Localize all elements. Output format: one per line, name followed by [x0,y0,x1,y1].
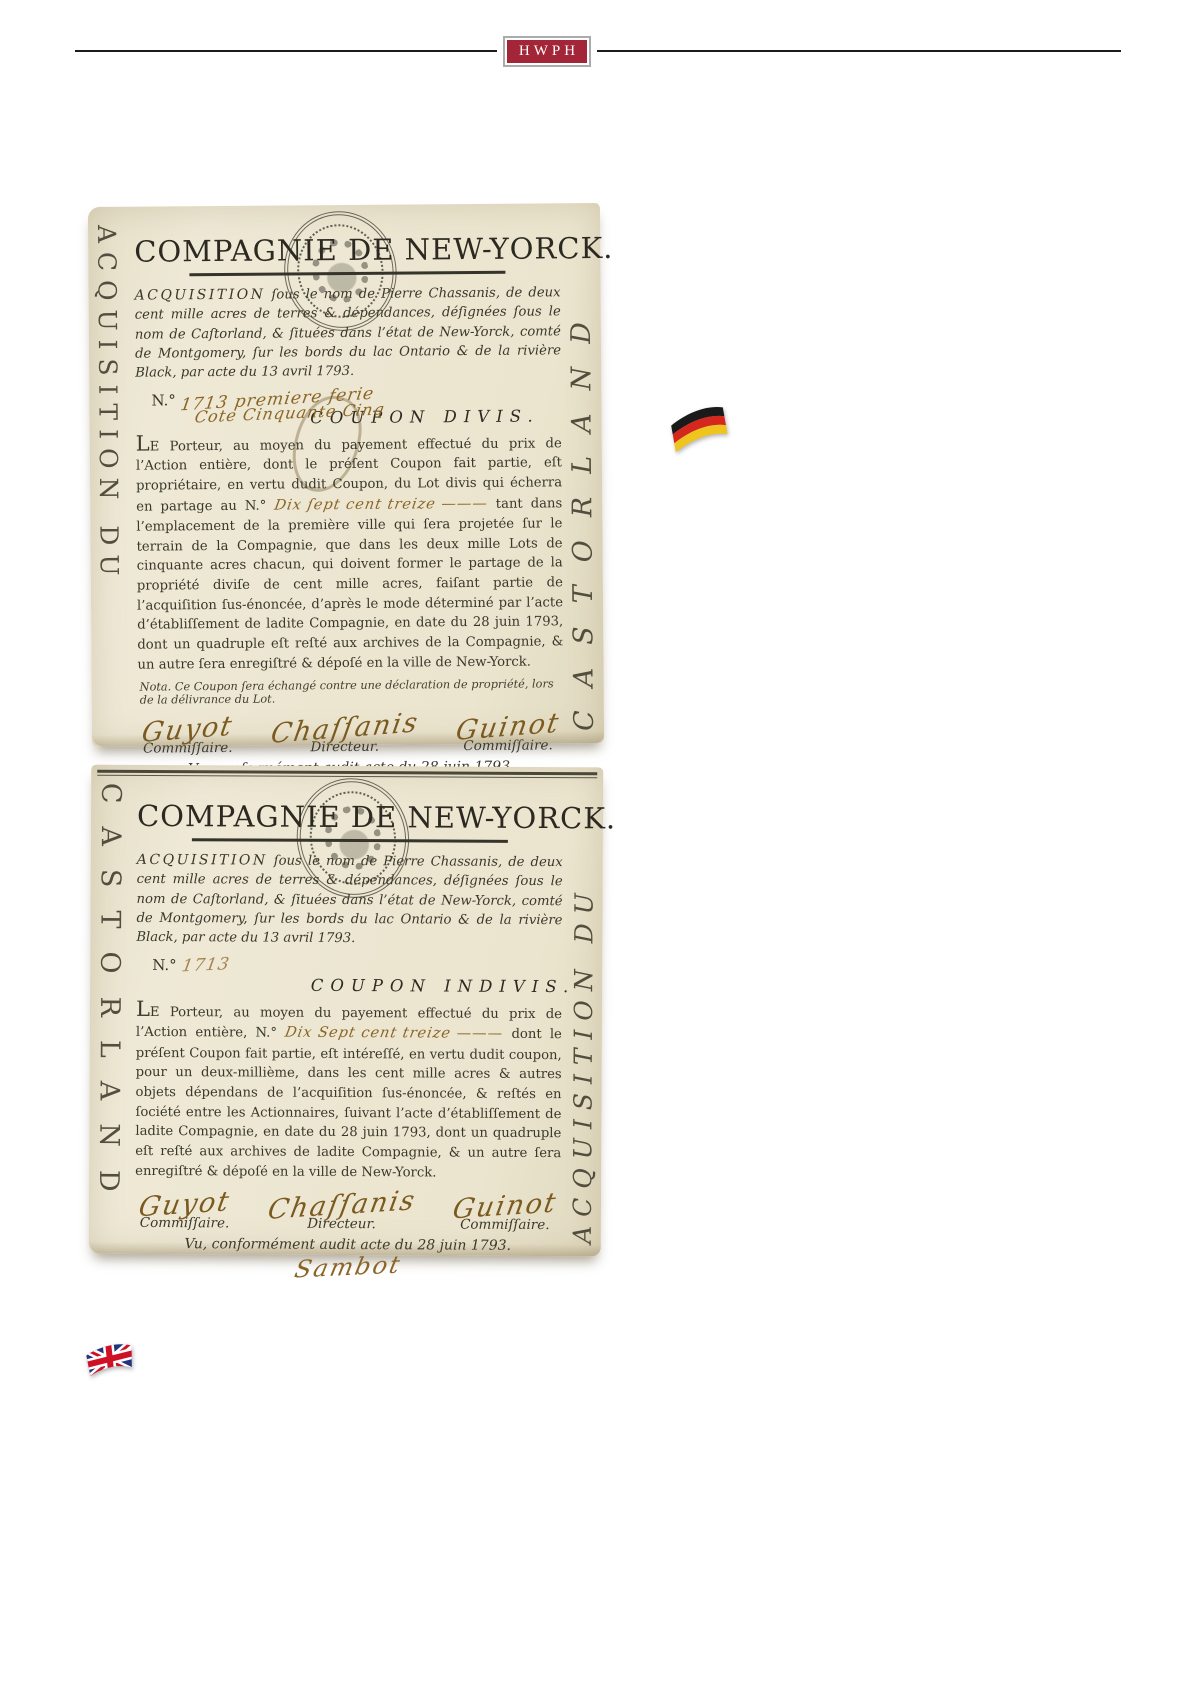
coupon-text: LE Porteur, au moyen du payement effectu… [136,430,564,675]
side-text-acquisition-du: ACQUISITION DU [568,885,599,1245]
signature-right: Guinot Commiſſaire. [456,712,560,755]
acquisition-lead: ACQUISITION [135,287,266,304]
handwritten-lot-number: Dix Sept cent treize ——— [283,1023,505,1046]
certificate-body: COMPAGNIE DE NEW-YORCK. ACQUISITION ſous… [135,775,564,1256]
handwritten-number: 1713 [181,954,232,976]
certificate-title: COMPAGNIE DE NEW-YORCK. [134,231,560,268]
signature-left: Guyot Commiſſaire. [142,714,234,757]
title-rule [190,271,505,276]
signature-sambot: Sambot [135,1252,561,1282]
number-line: N.°1713 [152,954,562,974]
signature-right: Guinot Commiſſaire. [453,1191,557,1234]
header-rule [75,50,1121,52]
coupon-text-after: tant dans l’emplacement de la première v… [136,496,563,673]
coupon-text-after: dont le préſent Coupon fait partie, eſt … [135,1027,562,1180]
signature-guinot: Guinot [453,708,562,748]
signature-left: Guyot Commiſſaire. [139,1189,231,1231]
acquisition-paragraph: ACQUISITION ſous le nom de Pierre Chassa… [136,850,563,950]
drop-cap: L [136,431,150,455]
title-rule [192,838,507,843]
signature-chassanis: Chaſſanis [268,708,421,751]
handwritten-lot-number: Dix ſept cent treize ——— [272,493,489,516]
side-text-castorland: CASTORLAND [93,783,126,1215]
german-flag-icon [666,404,730,456]
signature-guyot: Guyot [139,711,235,750]
signature-center: Chaſſanis Directeur. [270,713,418,756]
acquisition-lead: ACQUISITION [137,852,268,869]
certificate-title: COMPAGNIE DE NEW-YORCK. [137,799,563,835]
signature-role: Commiſſaire. [456,738,560,755]
signature-row: Guyot Commiſſaire. Chaſſanis Directeur. … [135,1189,561,1233]
number-label: N.° [151,391,176,409]
signature-center: Chaſſanis Directeur. [267,1190,415,1233]
signature-chassanis: Chaſſanis [265,1185,419,1226]
hwph-logo: HWPH [503,36,591,67]
number-label: N.° [152,955,177,973]
uk-flag-svg [82,1340,138,1384]
coupon-text: LE Porteur, au moyen du payement effectu… [135,998,562,1183]
vu-line: Vu, conformément audit acte du 28 juin 1… [135,1236,561,1254]
acquisition-paragraph: ACQUISITION ſous le nom de Pierre Chassa… [135,282,562,383]
uk-flag-icon [82,1340,138,1388]
signature-role: Commiſſaire. [142,740,233,757]
german-flag-svg [666,404,730,452]
coupon-heading: COUPON INDIVIS. [311,975,576,995]
certificate-coupon-indivis: CASTORLAND ACQUISITION DU COMPAGNIE DE N… [89,765,604,1257]
nota-line: Nota. Ce Coupon ſera échangé contre une … [140,678,564,707]
hwph-logo-text: HWPH [507,40,587,63]
side-text-castorland: CASTORLAND [566,299,600,731]
side-text-acquisition-du: ACQUISITION DU [92,225,124,585]
signature-row: Guyot Commiſſaire. Chaſſanis Directeur. … [138,712,564,757]
catalog-page: HWPH ACQUISITION DU CASTORLAND COMPAGNIE… [0,0,1196,1692]
certificate-body: COMPAGNIE DE NEW-YORCK. ACQUISITION ſous… [134,203,564,746]
drop-cap: L [136,996,150,1020]
certificate-coupon-divis: ACQUISITION DU CASTORLAND COMPAGNIE DE N… [88,203,604,747]
